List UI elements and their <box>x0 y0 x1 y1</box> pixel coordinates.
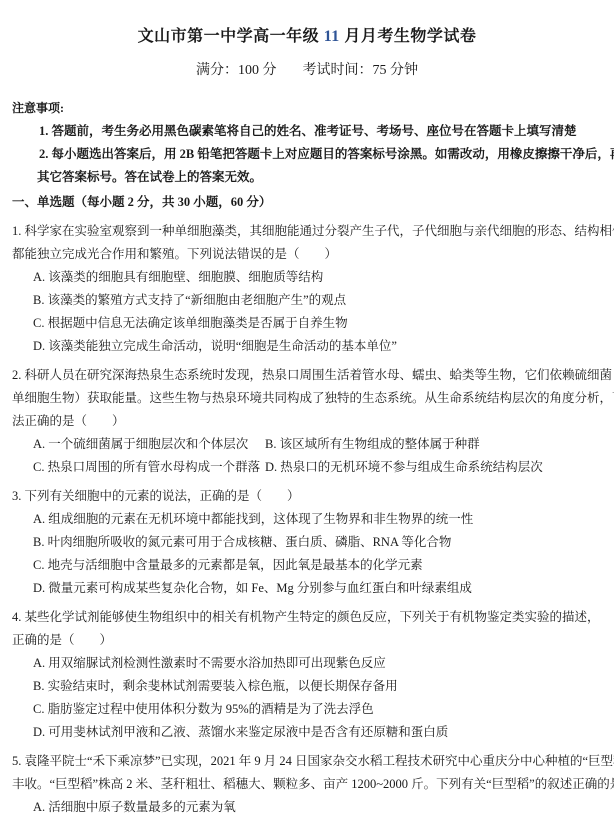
question-5-option-a: A. 活细胞中原子数量最多的元素为氧 <box>33 796 602 819</box>
question-4-stem-line-2: 正确的是（ ） <box>12 629 602 652</box>
question-3-option-d: D. 微量元素可构成某些复杂化合物，如 Fe、Mg 分别参与血红蛋白和叶绿素组成 <box>33 577 602 600</box>
question-1: 1. 科学家在实验室观察到一种单细胞藻类，其细胞能通过分裂产生子代，子代细胞与亲… <box>12 220 602 358</box>
page-title-suffix: 月月考生物学试卷 <box>340 28 477 45</box>
question-2-option-row-ab: A. 一个硫细菌属于细胞层次和个体层次 B. 该区域所有生物组成的整体属于种群 <box>33 433 602 456</box>
question-2-option-d: D. 热泉口的无机环境不参与组成生命系统结构层次 <box>265 456 543 479</box>
question-1-option-d: D. 该藻类能独立完成生命活动，说明“细胞是生命活动的基本单位” <box>33 335 602 358</box>
page-title: 文山市第一中学高一年级 11 月月考生物学试卷 <box>12 0 602 48</box>
question-3-stem-line-1: 3. 下列有关细胞中的元素的说法，正确的是（ ） <box>12 485 602 508</box>
question-2-stem-line-1: 2. 科研人员在研究深海热泉生态系统时发现，热泉口周围生活着管水母、蠕虫、蛤类等… <box>12 364 602 387</box>
question-1-stem-line-2: 都能独立完成光合作用和繁殖。下列说法错误的是（ ） <box>12 243 602 266</box>
question-2-option-row-cd: C. 热泉口周围的所有管水母构成一个群落 D. 热泉口的无机环境不参与组成生命系… <box>33 456 602 479</box>
notice-heading: 注意事项: <box>12 97 602 120</box>
question-3-option-b: B. 叶肉细胞所吸收的氮元素可用于合成核糖、蛋白质、磷脂、RNA 等化合物 <box>33 531 602 554</box>
exam-paper-page: 文山市第一中学高一年级 11 月月考生物学试卷 满分：100 分 考试时间：75… <box>0 0 614 819</box>
question-4-option-b: B. 实验结束时，剩余斐林试剂需要装入棕色瓶，以便长期保存备用 <box>33 675 602 698</box>
question-1-option-a: A. 该藻类的细胞具有细胞壁、细胞膜、细胞质等结构 <box>33 266 602 289</box>
exam-meta: 满分：100 分 考试时间：75 分钟 <box>12 61 602 81</box>
question-5-stem-line-2: 丰收。“巨型稻”株高 2 米、茎秆粗壮、稻穗大、颗粒多、亩产 1200~2000… <box>12 773 602 796</box>
question-1-option-c: C. 根据题中信息无法确定该单细胞藻类是否属于自养生物 <box>33 312 602 335</box>
question-3-option-a: A. 组成细胞的元素在无机环境中都能找到，这体现了生物界和非生物界的统一性 <box>33 508 602 531</box>
question-1-stem-line-1: 1. 科学家在实验室观察到一种单细胞藻类，其细胞能通过分裂产生子代，子代细胞与亲… <box>12 220 602 243</box>
question-5-stem-line-1: 5. 袁隆平院士“禾下乘凉梦”已实现，2021 年 9 月 24 日国家杂交水稻… <box>12 750 602 773</box>
question-2-stem-line-3: 法正确的是（ ） <box>12 410 602 433</box>
question-4-stem-line-1: 4. 某些化学试剂能够使生物组织中的相关有机物产生特定的颜色反应，下列关于有机物… <box>12 606 602 629</box>
question-4-option-c: C. 脂肪鉴定过程中使用体积分数为 95%的酒精是为了洗去浮色 <box>33 698 602 721</box>
section-heading-single-choice: 一、单选题（每小题 2 分，共 30 小题，60 分） <box>12 191 602 214</box>
notice-item-2-line-1: 2. 每小题选出答案后，用 2B 铅笔把答题卡上对应题目的答案标号涂黑。如需改动… <box>39 143 602 166</box>
question-4: 4. 某些化学试剂能够使生物组织中的相关有机物产生特定的颜色反应，下列关于有机物… <box>12 606 602 744</box>
question-2: 2. 科研人员在研究深海热泉生态系统时发现，热泉口周围生活着管水母、蠕虫、蛤类等… <box>12 364 602 479</box>
notice-item-1: 1. 答题前，考生务必用黑色碳素笔将自己的姓名、准考证号、考场号、座位号在答题卡… <box>39 120 602 143</box>
question-1-option-b: B. 该藻类的繁殖方式支持了“新细胞由老细胞产生”的观点 <box>33 289 602 312</box>
question-5: 5. 袁隆平院士“禾下乘凉梦”已实现，2021 年 9 月 24 日国家杂交水稻… <box>12 750 602 819</box>
notice-item-2-line-2: 其它答案标号。答在试卷上的答案无效。 <box>37 166 602 189</box>
question-3: 3. 下列有关细胞中的元素的说法，正确的是（ ） A. 组成细胞的元素在无机环境… <box>12 485 602 600</box>
exam-duration-label: 考试时间：75 分钟 <box>303 61 419 81</box>
question-2-stem-line-2: 单细胞生物）获取能量。这些生物与热泉环境共同构成了独特的生态系统。从生命系统结构… <box>12 387 602 410</box>
question-2-option-b: B. 该区域所有生物组成的整体属于种群 <box>265 433 480 456</box>
full-score-label: 满分：100 分 <box>196 61 277 81</box>
page-title-prefix: 文山市第一中学高一年级 <box>138 28 324 45</box>
page-title-month-number: 11 <box>324 28 340 45</box>
question-4-option-d: D. 可用斐林试剂甲液和乙液、蒸馏水来鉴定尿液中是否含有还原糖和蛋白质 <box>33 721 602 744</box>
question-4-option-a: A. 用双缩脲试剂检测性激素时不需要水浴加热即可出现紫色反应 <box>33 652 602 675</box>
question-2-option-a: A. 一个硫细菌属于细胞层次和个体层次 <box>33 433 265 456</box>
question-3-option-c: C. 地壳与活细胞中含量最多的元素都是氧，因此氧是最基本的化学元素 <box>33 554 602 577</box>
question-2-option-c: C. 热泉口周围的所有管水母构成一个群落 <box>33 456 265 479</box>
